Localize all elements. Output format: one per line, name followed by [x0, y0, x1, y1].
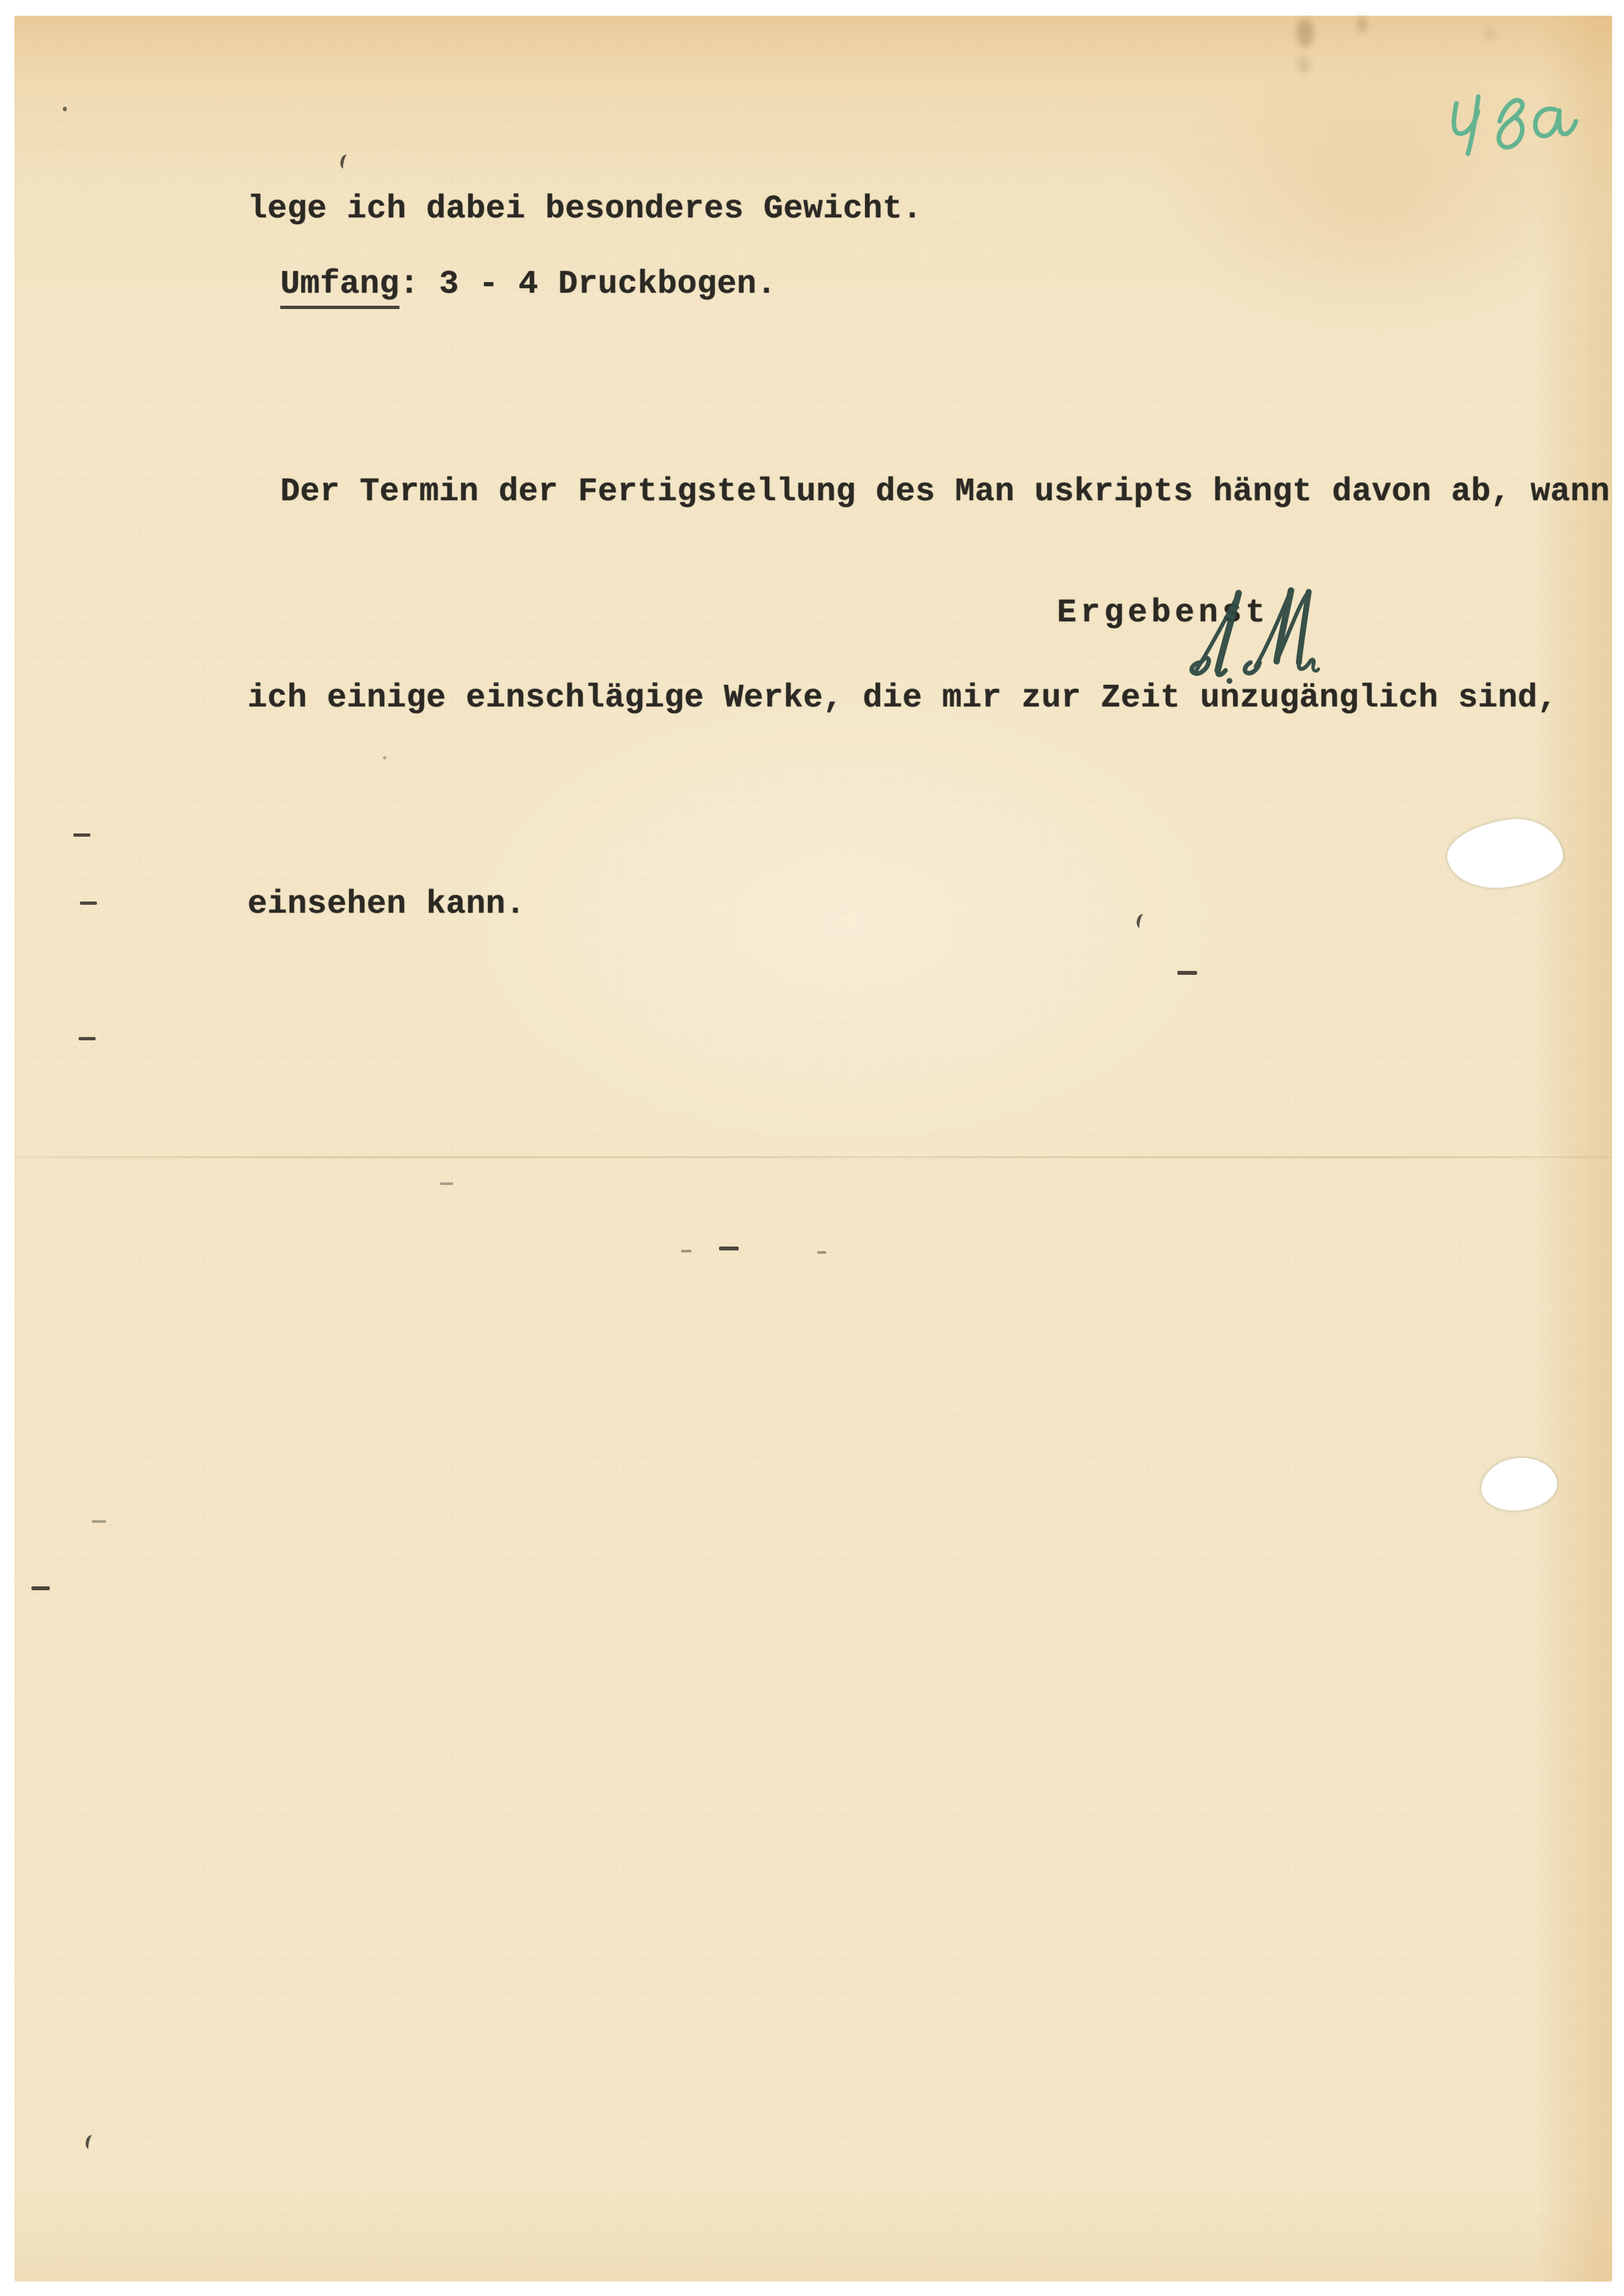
pencil-dash: [79, 1037, 96, 1040]
paragraph-line-3: einsehen kann.: [248, 870, 1610, 939]
pencil-dash: [1177, 971, 1197, 975]
stain-smudge: [1298, 56, 1310, 73]
pencil-dash: [817, 1251, 826, 1254]
paper-hole: [1480, 1456, 1559, 1512]
ink-speck: [383, 756, 386, 759]
pencil-dash: [73, 833, 90, 837]
umfang-label: Umfang: [280, 266, 399, 309]
pencil-dash: [681, 1250, 692, 1252]
pencil-dash: [92, 1520, 106, 1523]
stain-smudge: [1485, 29, 1494, 39]
stain-smudge: [1357, 16, 1367, 33]
pencil-dash: [719, 1247, 739, 1250]
ink-speck: [63, 107, 67, 111]
pencil-dash: [31, 1586, 50, 1590]
letter-line-1: lege ich dabei besonderes Gewicht.: [248, 175, 922, 244]
fold-crease-line: [14, 1156, 1612, 1158]
pencil-dash: [80, 902, 97, 905]
ink-stray-mark: [339, 154, 352, 170]
letter-paper: lege ich dabei besonderes Gewicht. Umfan…: [14, 16, 1612, 2282]
page-number-text: 48a: [1445, 78, 1562, 150]
letter-paragraph: Der Termin der Fertigstellung des Man us…: [248, 320, 1610, 1076]
pencil-dash: [440, 1182, 453, 1185]
signature-initials: [1175, 584, 1329, 689]
stain-smudge: [1297, 18, 1314, 47]
umfang-rest: : 3 - 4 Druckbogen.: [399, 266, 777, 303]
scan-canvas: { "letter": { "line1": "lege ich dabei b…: [0, 0, 1624, 2296]
ink-stray-mark: [84, 2134, 98, 2151]
paragraph-line-2: ich einige einschlägige Werke, die mir z…: [248, 664, 1610, 733]
letter-line-2: Umfang: 3 - 4 Druckbogen.: [248, 250, 777, 319]
paragraph-line-1: Der Termin der Fertigstellung des Man us…: [248, 458, 1610, 526]
